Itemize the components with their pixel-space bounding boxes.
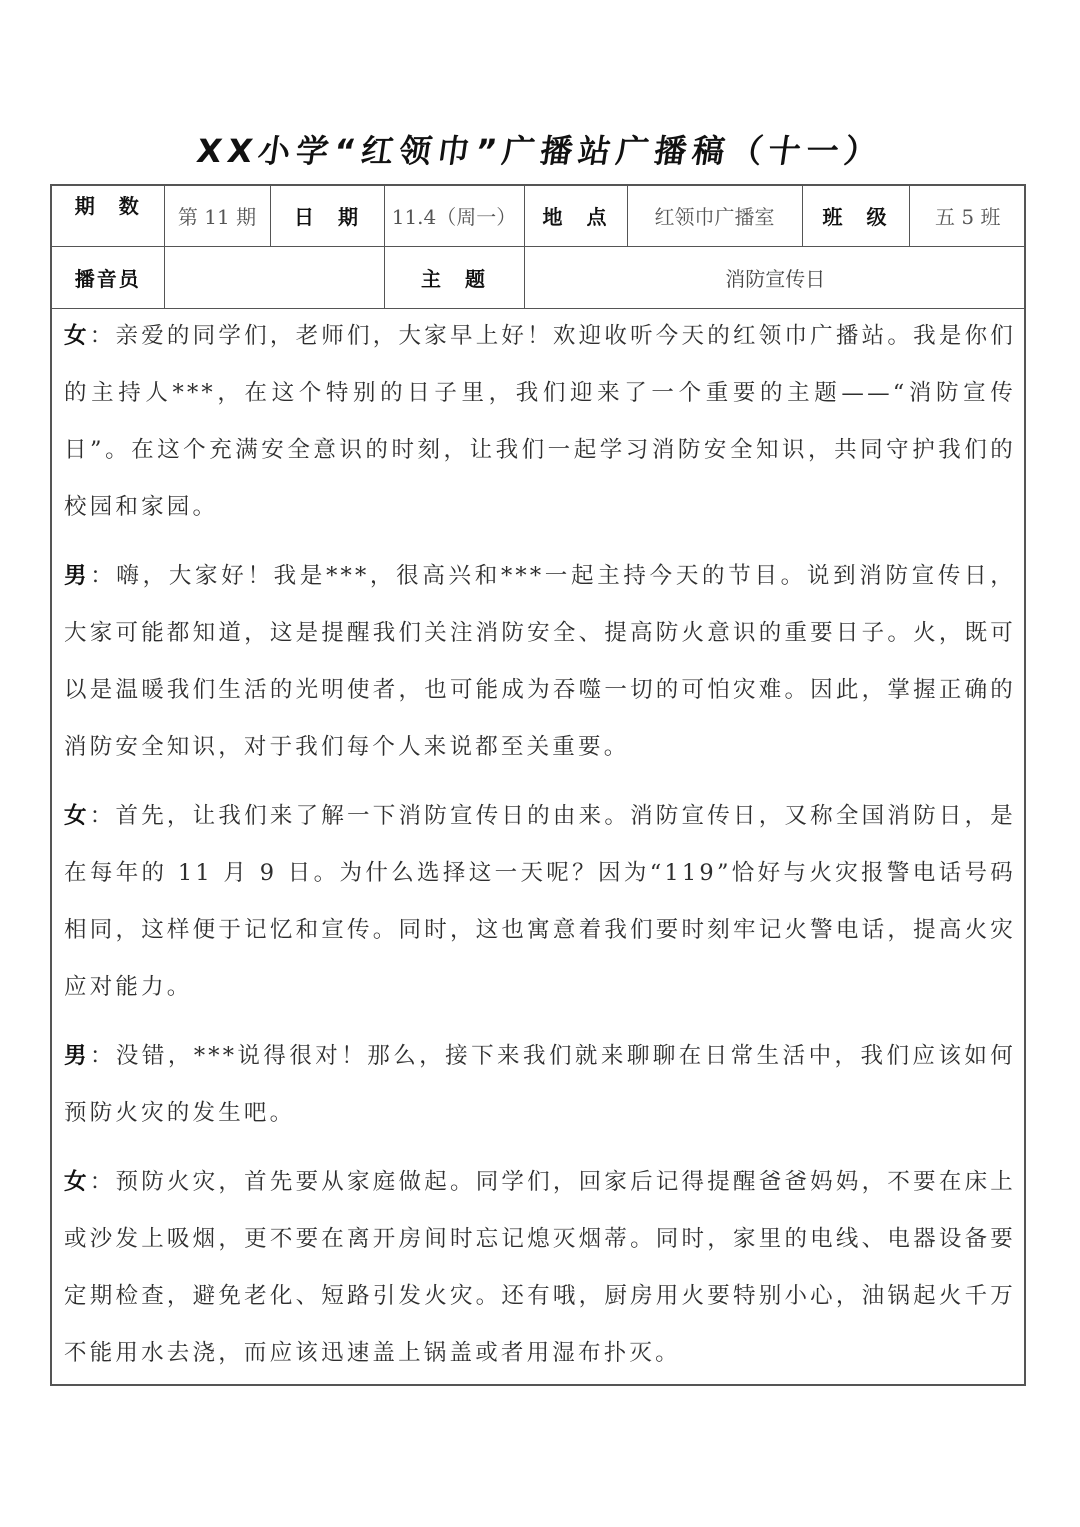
script-paragraph: 女：亲爱的同学们，老师们，大家早上好！欢迎收听今天的红领巾广播站。我是你们的主持… bbox=[64, 308, 1016, 536]
script-paragraph: 女：预防火灾，首先要从家庭做起。同学们，回家后记得提醒爸爸妈妈，不要在床上或沙发… bbox=[64, 1154, 1016, 1382]
script-paragraph: 男：嗨，大家好！我是***，很高兴和***一起主持今天的节目。说到消防宣传日，大… bbox=[64, 548, 1016, 776]
class-label: 班 级 bbox=[802, 186, 909, 246]
broadcast-sheet: 期 数 第 11 期 日 期 11.4（周一） 地 点 红领巾广播室 班 级 五… bbox=[50, 184, 1026, 1386]
speaker-label: 男 bbox=[64, 563, 90, 589]
issue-value: 第 11 期 bbox=[164, 186, 270, 246]
paragraph-text: ：没错，***说得很对！那么，接下来我们就来聊聊在日常生活中，我们应该如何预防火… bbox=[64, 1043, 1016, 1126]
paragraph-text: ：首先，让我们来了解一下消防宣传日的由来。消防宣传日，又称全国消防日，是在每年的… bbox=[64, 803, 1016, 1000]
theme-value: 消防宣传日 bbox=[524, 246, 1026, 308]
info-table: 期 数 第 11 期 日 期 11.4（周一） 地 点 红领巾广播室 班 级 五… bbox=[52, 186, 1026, 309]
announcer-value bbox=[164, 246, 384, 308]
announcer-label: 播音员 bbox=[52, 246, 164, 308]
theme-label: 主 题 bbox=[384, 246, 524, 308]
location-label: 地 点 bbox=[524, 186, 627, 246]
paragraph-text: ：亲爱的同学们，老师们，大家早上好！欢迎收听今天的红领巾广播站。我是你们的主持人… bbox=[64, 323, 1016, 520]
script-paragraph: 女：首先，让我们来了解一下消防宣传日的由来。消防宣传日，又称全国消防日，是在每年… bbox=[64, 788, 1016, 1016]
date-value: 11.4（周一） bbox=[384, 186, 524, 246]
info-row-1: 期 数 第 11 期 日 期 11.4（周一） 地 点 红领巾广播室 班 级 五… bbox=[52, 186, 1026, 246]
script-content: 女：亲爱的同学们，老师们，大家早上好！欢迎收听今天的红领巾广播站。我是你们的主持… bbox=[64, 308, 1016, 1394]
script-paragraph: 男：没错，***说得很对！那么，接下来我们就来聊聊在日常生活中，我们应该如何预防… bbox=[64, 1028, 1016, 1142]
speaker-label: 女 bbox=[64, 803, 90, 829]
speaker-label: 男 bbox=[64, 1043, 90, 1069]
document-title: XX小学“红领巾”广播站广播稿（十一） bbox=[0, 126, 1080, 172]
speaker-label: 女 bbox=[64, 323, 90, 349]
issue-label: 期 数 bbox=[52, 186, 164, 246]
class-value: 五 5 班 bbox=[909, 186, 1026, 246]
info-row-2: 播音员 主 题 消防宣传日 bbox=[52, 246, 1026, 308]
paragraph-text: ：预防火灾，首先要从家庭做起。同学们，回家后记得提醒爸爸妈妈，不要在床上或沙发上… bbox=[64, 1169, 1016, 1366]
paragraph-text: ：嗨，大家好！我是***，很高兴和***一起主持今天的节目。说到消防宣传日，大家… bbox=[64, 563, 1016, 760]
speaker-label: 女 bbox=[64, 1169, 90, 1195]
location-value: 红领巾广播室 bbox=[627, 186, 802, 246]
date-label: 日 期 bbox=[270, 186, 384, 246]
